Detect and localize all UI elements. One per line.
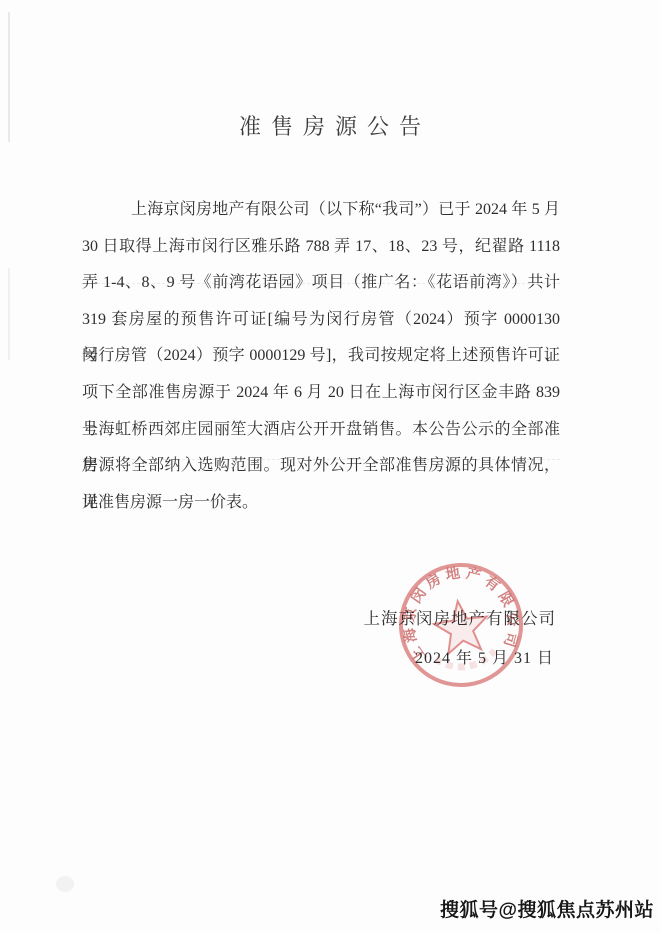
body-line: 上海京闵房地产有限公司（以下称“我司”）已于 2024 年 5 月 <box>82 192 560 229</box>
body-line: 上海虹桥西郊庄园丽笙大酒店公开开盘销售。本公告公示的全部准售 <box>82 412 560 449</box>
sohu-watermark: 搜狐号@搜狐焦点苏州站 <box>440 895 654 922</box>
signature-date: 2024 年 5 月 31 日 <box>364 647 557 671</box>
signature-company-name: 上海京闵房地产有限公司 <box>364 607 557 631</box>
body-line: 闵行房管（2024）预字 0000129 号]，我司按规定将上述预售许可证 <box>82 338 560 375</box>
body-line: 见准售房源一房一价表。 <box>82 485 560 522</box>
body-line: 319 套房屋的预售许可证[编号为闵行房管（2024）预字 0000130 号、 <box>82 302 560 339</box>
announcement-body: 上海京闵房地产有限公司（以下称“我司”）已于 2024 年 5 月 30 日取得… <box>82 192 560 521</box>
body-line: 房源将全部纳入选购范围。现对外公开全部准售房源的具体情况，详 <box>82 448 560 485</box>
scan-artifact <box>8 268 10 360</box>
signature-block: 上海京闵房地产有限公司 2024 年 5 月 31 日 <box>364 607 557 671</box>
body-line: 30 日取得上海市闵行区雅乐路 788 弄 17、18、23 号，纪翟路 111… <box>82 229 560 266</box>
document-title: 准售房源公告 <box>0 110 660 141</box>
scan-artifact <box>82 283 560 284</box>
body-line: 项下全部准售房源于 2024 年 6 月 20 日在上海市闵行区金丰路 839 … <box>82 375 560 412</box>
scan-artifact <box>82 459 560 460</box>
scan-artifact <box>56 876 74 892</box>
scanned-announcement-page: 准售房源公告 上海京闵房地产有限公司（以下称“我司”）已于 2024 年 5 月… <box>0 0 660 933</box>
